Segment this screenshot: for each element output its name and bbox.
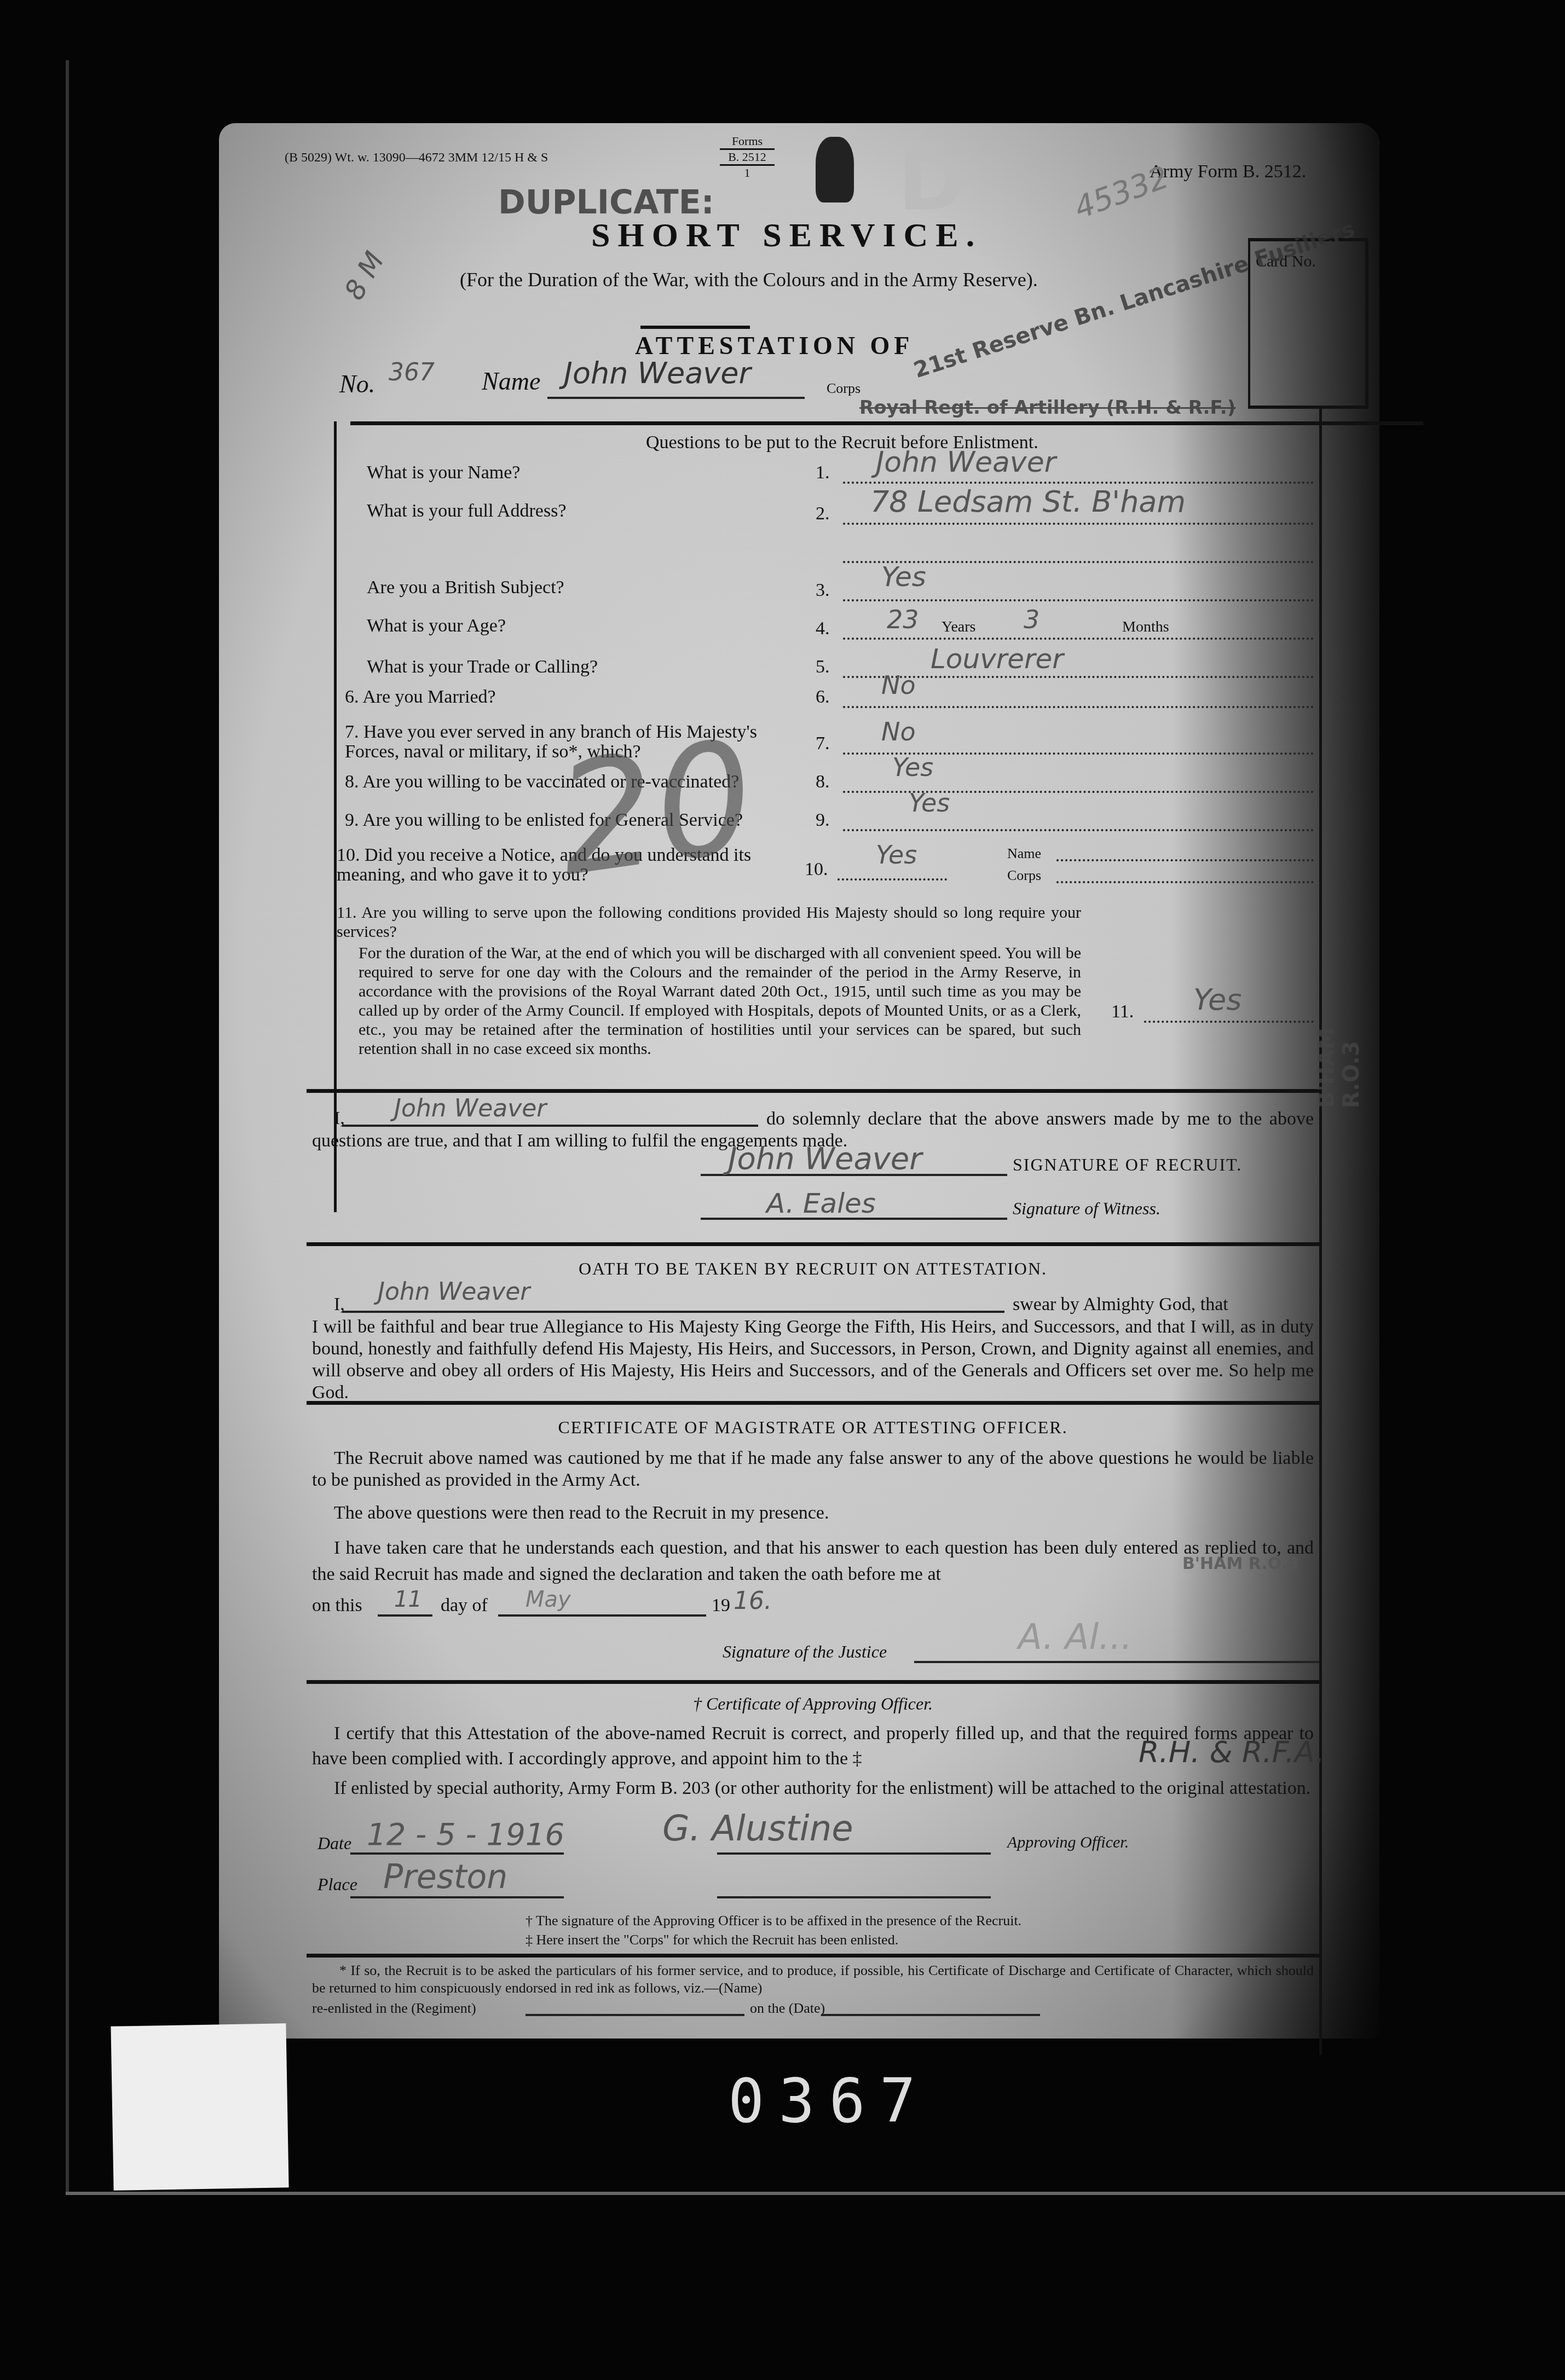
on-this-label: on this [312, 1595, 362, 1616]
question-1: What is your Name? [367, 462, 520, 483]
royal-crest-icon [816, 137, 854, 202]
answer-9: Yes [909, 788, 950, 818]
forms-number: B. 2512 [720, 148, 775, 166]
answer-2: 78 Ledsam St. B'ham [870, 484, 1186, 519]
frame-counter: 0367 [728, 2066, 930, 2136]
q10-name-label: Name [1007, 846, 1041, 862]
q8-answer-number: 8. [816, 772, 830, 792]
answer-7: No [881, 717, 916, 746]
q10-answer-number: 10. [805, 859, 828, 880]
witness-signature-label: Signature of Witness. [1013, 1198, 1160, 1219]
answer-5: Louvrerer [931, 643, 1064, 675]
day-value: 11 [394, 1587, 422, 1612]
answer-line-1 [843, 482, 1314, 484]
q6-number: 6. [345, 687, 359, 707]
approving-heading: † Certificate of Approving Officer. [307, 1694, 1319, 1714]
answer-line-10 [838, 878, 947, 881]
big-handwritten-mark: 20 [547, 707, 765, 911]
q7-answer-number: 7. [816, 733, 830, 754]
oath-swear: swear by Almighty God, that [1013, 1294, 1228, 1315]
q7-number: 7. [345, 722, 359, 742]
date-label: Date [317, 1833, 351, 1854]
place-value: Preston [383, 1858, 507, 1896]
q6-answer-number: 6. [816, 687, 830, 708]
form-title: SHORT SERVICE. [591, 216, 982, 255]
month-value: May [525, 1587, 571, 1612]
answer-3: Yes [881, 561, 926, 593]
justice-line [914, 1661, 1319, 1663]
question-5: What is your Trade or Calling? [367, 657, 598, 677]
month-line [498, 1614, 706, 1617]
answer-line-9 [843, 829, 1314, 831]
day-line [378, 1614, 432, 1617]
forms-sub: 1 [720, 166, 775, 180]
name-label: Name [482, 367, 540, 396]
regiment-label: re-enlisted in the (Regiment) [312, 2000, 476, 2017]
q10-corps-line [1056, 881, 1314, 883]
oath-name: John Weaver [378, 1278, 530, 1306]
print-code: (B 5029) Wt. w. 13090—4672 3MM 12/15 H &… [285, 150, 548, 165]
corps-stamp: Royal Regt. of Artillery (R.H. & R.F.) [859, 397, 1235, 419]
right-border [1319, 408, 1322, 2055]
q4-number: 4. [816, 618, 830, 639]
q10-corps-label: Corps [1007, 867, 1041, 884]
months-label: Months [1122, 618, 1169, 636]
forms-label: Forms [720, 134, 775, 148]
d-stamp: D [898, 134, 966, 229]
side-stamp: B'HAM R.O.3 [1314, 1028, 1364, 1108]
q2-number: 2. [816, 503, 830, 524]
q8-number: 8. [345, 772, 359, 792]
q11-number: 11. [337, 904, 356, 922]
answer-6: No [881, 670, 916, 700]
q11-conditions: For the duration of the War, at the end … [337, 943, 1081, 1058]
answer-line-3 [843, 599, 1314, 601]
q5-number: 5. [816, 657, 830, 677]
date-line [350, 1852, 564, 1855]
answer-line-2 [843, 523, 1314, 525]
day-of-label: day of [441, 1595, 488, 1616]
recruit-signature-label: SIGNATURE OF RECRUIT. [1013, 1155, 1242, 1175]
oath-text: I will be faithful and bear true Allegia… [312, 1316, 1314, 1404]
answer-line-6 [843, 706, 1314, 708]
divider [307, 1242, 1319, 1246]
question-11: 11. Are you willing to serve upon the fo… [337, 903, 1081, 1058]
q11-answer-number: 11. [1111, 1001, 1134, 1022]
top-divider [350, 421, 1423, 425]
oath-name-line [342, 1311, 1004, 1313]
years-label: Years [942, 618, 976, 636]
question-2: What is your full Address? [367, 501, 567, 522]
footnote-1: † The signature of the Approving Officer… [525, 1913, 1021, 1929]
divider [307, 1401, 1319, 1405]
justice-signature: A. Al... [1018, 1617, 1132, 1658]
handwritten-number: 45332 [1070, 159, 1174, 226]
margin-note: 8 M [338, 246, 391, 305]
appointed-corps: R.H. & R.F.A. [1139, 1735, 1325, 1769]
answer-10: Yes [876, 840, 917, 870]
witness-signature: A. Eales [766, 1188, 876, 1219]
question-3: Are you a British Subject? [367, 577, 564, 598]
divider [640, 326, 750, 329]
divider [307, 1680, 1319, 1684]
year-value: 16. [734, 1587, 772, 1615]
form-subtitle: (For the Duration of the War, with the C… [460, 268, 1038, 291]
magistrate-p1: The Recruit above named was cautioned by… [312, 1447, 1314, 1491]
date-on-line [821, 2014, 1040, 2016]
question-4: What is your Age? [367, 616, 506, 636]
white-tab [111, 2023, 288, 2191]
q1-number: 1. [816, 462, 830, 483]
officer-line [717, 1852, 991, 1855]
divider [307, 1089, 1319, 1093]
answer-8: Yes [892, 752, 933, 782]
answer-4-months: 3 [1024, 605, 1040, 634]
number-value: 367 [389, 358, 435, 386]
q3-number: 3. [816, 580, 830, 601]
corps-label: Corps [827, 380, 861, 397]
q10-name-line [1056, 859, 1314, 861]
number-label: No. [339, 369, 375, 398]
name-value: John Weaver [564, 356, 751, 390]
film-edge [66, 60, 69, 2194]
answer-line-4 [843, 638, 1314, 640]
approving-officer-label: Approving Officer. [1007, 1833, 1129, 1852]
recruit-signature: John Weaver [728, 1141, 922, 1177]
divider [307, 1954, 1319, 1958]
q11-text: Are you willing to serve upon the follow… [337, 904, 1081, 941]
answer-1: John Weaver [876, 446, 1056, 479]
place-line [350, 1896, 564, 1898]
left-border [334, 421, 337, 1212]
q10-number: 10. [337, 845, 360, 865]
justice-label: Signature of the Justice [723, 1642, 887, 1662]
q9-answer-number: 9. [816, 810, 830, 831]
date-value: 12 - 5 - 1916 [367, 1817, 564, 1852]
army-form-number: Army Form B. 2512. [1150, 161, 1306, 182]
q6-text: Are you Married? [362, 687, 496, 707]
magistrate-heading: CERTIFICATE OF MAGISTRATE OR ATTESTING O… [307, 1417, 1319, 1438]
answer-11: Yes [1193, 982, 1241, 1017]
place-label: Place [317, 1874, 357, 1895]
name-line [547, 397, 805, 399]
film-strip-line [66, 2192, 1565, 2195]
magistrate-p2: The above questions were then read to th… [312, 1502, 1314, 1524]
q9-number: 9. [345, 810, 359, 830]
answer-line-11 [1144, 1021, 1314, 1023]
officer-signature: G. Alustine [662, 1809, 853, 1849]
answer-4-years: 23 [887, 605, 919, 634]
question-6: 6. Are you Married? [345, 687, 496, 708]
footnote-2: ‡ Here insert the "Corps" for which the … [525, 1932, 898, 1948]
approving-p2: If enlisted by special authority, Army F… [312, 1776, 1314, 1801]
forms-block: Forms B. 2512 1 [720, 134, 775, 180]
footer-note: * If so, the Recruit is to be asked the … [312, 1962, 1314, 1997]
year-prefix: 19 [712, 1595, 730, 1616]
oath-heading: OATH TO BE TAKEN BY RECRUIT ON ATTESTATI… [307, 1259, 1319, 1279]
magistrate-p3: I have taken care that he understands ea… [312, 1535, 1314, 1588]
regiment-line [525, 2014, 744, 2016]
attestation-form: (B 5029) Wt. w. 13090—4672 3MM 12/15 H &… [219, 123, 1379, 2039]
officer-line-2 [717, 1896, 991, 1898]
date-on-label: on the (Date) [750, 2000, 825, 2017]
place-stamp: B'HAM R.O.3 [1182, 1554, 1299, 1573]
